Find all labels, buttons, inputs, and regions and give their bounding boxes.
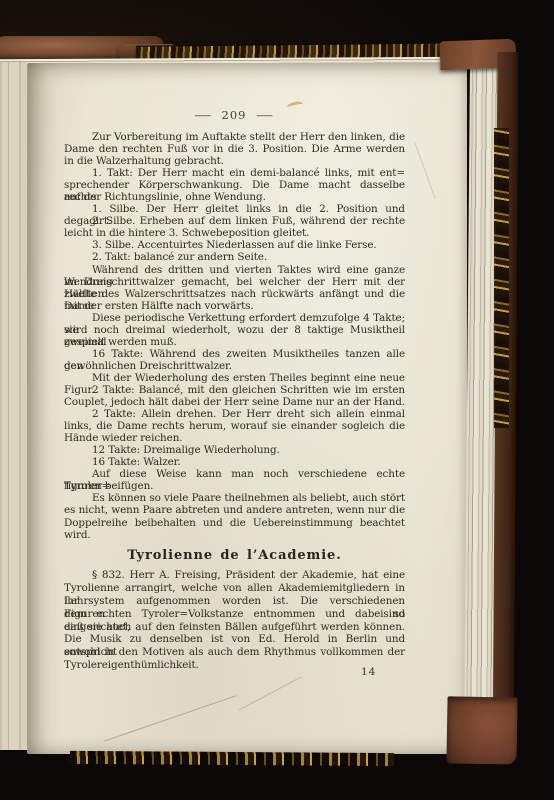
running-header: —209— (64, 108, 404, 122)
body-line: es nicht, wenn Paare abtreten und andere… (64, 504, 405, 516)
body-text-block: Zur Vorbereitung im Auftakte stellt der … (64, 131, 405, 529)
body-line: figuren beifügen. (64, 480, 405, 492)
body-line: gespielt werden muß. (64, 336, 405, 348)
body-line: Mit der Wiederholung des ersten Theiles … (64, 372, 405, 384)
body-line: 12 Takte: Dreimalige Wiederholung. (64, 444, 405, 456)
body-line: sowohl in den Motiven als auch dem Rhyth… (64, 646, 405, 659)
body-line: Die Musik zu denselben ist von Ed. Herol… (64, 633, 405, 646)
marbled-tail-edge (70, 751, 394, 766)
body-line: Es können so viele Paare theilnehmen als… (64, 492, 405, 504)
page-number: 209 (222, 108, 247, 122)
body-line: 2. Takt: balancé zur andern Seite. (64, 251, 405, 263)
body-line: Während des dritten und vierten Taktes w… (64, 264, 405, 276)
body-line: links, die Dame rechts herum, worauf sie… (64, 420, 405, 432)
body-line: mit der ersten Hälfte nach vorwärts. (64, 300, 405, 312)
body-line: Tyrolienne arrangirt, welche von allen A… (64, 582, 405, 595)
body-line: 16 Takte: Während des zweiten Musiktheil… (64, 348, 405, 360)
body-line: Tyrolereigenthümlichkeit. (64, 659, 405, 672)
body-line: gewöhnlichen Dreischrittwalzer. (64, 360, 405, 372)
section-text-block: § 832. Herr A. Freising, Präsident der A… (64, 569, 405, 672)
signature-mark: 14 (361, 666, 376, 678)
body-line: 1. Takt: Der Herr macht ein demi-balancé… (64, 167, 405, 179)
scanned-book-page-photo: —209— Zur Vorbereitung im Auftakte stell… (0, 0, 554, 800)
section-heading: Tyrolienne de l’Academie. (64, 548, 405, 563)
body-line: leicht in die hintere 3. Schwebeposition… (64, 227, 405, 239)
opposite-page-sliver (0, 62, 27, 750)
body-line: 3. Silbe. Accentuirtes Niederlassen auf … (64, 239, 405, 251)
body-line: Diese periodische Verkettung erfordert d… (64, 312, 405, 324)
body-line: Auf diese Weise kann man noch verschiede… (64, 468, 405, 480)
body-line: daß sie auch auf den feinsten Bällen auf… (64, 621, 405, 634)
body-line: in die Walzerhaltung gebracht. (64, 155, 405, 167)
body-line: Hälfte des Walzerschrittsatzes nach rück… (64, 288, 405, 300)
body-line: Doppelreihe beibehalten und die Ueberein… (64, 517, 405, 529)
body-line: § 832. Herr A. Freising, Präsident der A… (64, 569, 405, 582)
header-dash-left: — (194, 108, 212, 122)
body-line: wird noch dreimal wiederholt, wozu der 8… (64, 324, 405, 336)
body-line: Lehrsystem aufgenommen worden ist. Die v… (64, 595, 405, 608)
body-line: dem echten Tyroler=Volkstanze entnommen … (64, 608, 405, 621)
body-line: Zur Vorbereitung im Auftakte stellt der … (64, 131, 405, 143)
marbled-cover-flecks (494, 128, 509, 428)
body-line: auf der Richtungslinie, ohne Wendung. (64, 191, 405, 203)
body-line: 16 Takte: Walzer. (64, 456, 405, 468)
body-line: 2 Takte: Allein drehen. Der Herr dreht s… (64, 408, 405, 420)
body-line: Couplet, jedoch hält dabei der Herr sein… (64, 396, 405, 408)
body-line: Dame den rechten Fuß vor in die 3. Posit… (64, 143, 405, 155)
body-line: 1. Silbe. Der Herr gleitet links in die … (64, 203, 405, 215)
header-dash-right: — (256, 108, 274, 122)
body-line: Hände wieder reichen. (64, 432, 405, 444)
cover-corner-bottom-right (446, 696, 517, 764)
body-line: sprechender Körperschwankung. Die Dame m… (64, 179, 405, 191)
body-line: im Dreischrittwalzer gemacht, bei welche… (64, 276, 405, 288)
body-line: 2 Takte: Balancé, mit den gleichen Schri… (64, 384, 405, 396)
body-line: 2. Silbe. Erheben auf dem linken Fuß, wä… (64, 215, 405, 227)
